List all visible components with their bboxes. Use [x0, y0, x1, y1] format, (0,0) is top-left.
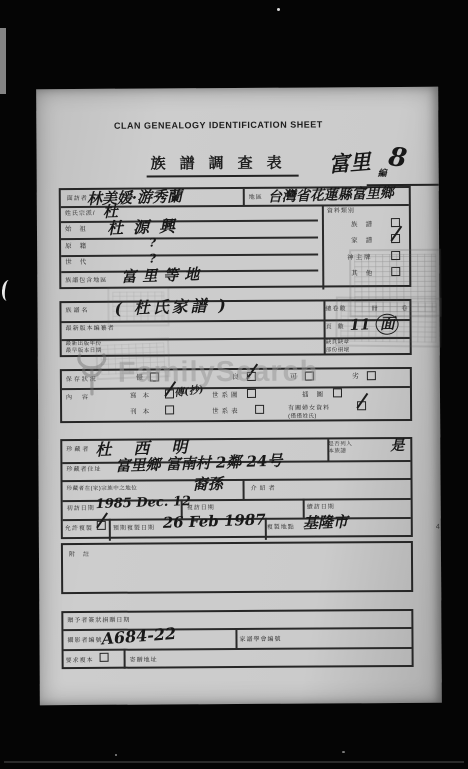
- permission-label: 允許複製: [65, 523, 93, 532]
- listed-label-line2: 本族譜: [328, 446, 346, 454]
- grid-line: [61, 237, 318, 240]
- condition-option-label: 優: [136, 373, 144, 383]
- volume-unit-juan: 卷: [401, 303, 408, 312]
- content-women-label: 有關婦女資料: [288, 402, 330, 411]
- grid-line: [61, 254, 318, 257]
- volumes-label: 總卷數: [325, 303, 346, 312]
- compiler-label: 最新版本編纂者: [66, 323, 115, 332]
- interviewer-label: 面訪者: [67, 193, 88, 202]
- content-women-note: (僅僅姓氏): [288, 412, 317, 420]
- coverage-label: 族譜包含地區: [65, 275, 107, 284]
- content-table-checkbox: [255, 405, 263, 413]
- grid-line: [322, 204, 324, 289]
- content-manuscript-label: 寫本: [130, 391, 155, 400]
- copy-place-label: 複製地點: [267, 522, 295, 531]
- first-visit-value: 1985 Dec. 12: [95, 494, 191, 512]
- condition-option-label: 良: [232, 372, 240, 382]
- grid-line: [243, 189, 245, 205]
- content-chart-label: 世系圖: [212, 390, 241, 399]
- owner-address-label: 珍藏者住址: [66, 464, 101, 473]
- grid-line: [63, 478, 411, 482]
- dust-speck: [277, 8, 280, 11]
- area-label: 地區: [249, 192, 263, 201]
- condition-fair-label: 可: [290, 372, 298, 382]
- genealogy-form-sheet: CLAN GENEALOGY IDENTIFICATION SHEET 族譜調查…: [36, 87, 442, 705]
- archive-place-annotation: 富里: [327, 146, 371, 179]
- category-zupu-checkbox: [391, 218, 399, 226]
- donation-date-label: 贈予者簽狀捐贈日期: [67, 615, 130, 624]
- pages-label: 頁數: [326, 321, 350, 330]
- condition-poor-label: 劣: [352, 371, 360, 381]
- category-option-label: 族譜: [351, 219, 380, 228]
- content-label: 內容: [66, 392, 98, 401]
- grid-line: [109, 519, 111, 541]
- grid-line: [243, 479, 245, 499]
- film-bottom-line: [4, 761, 464, 763]
- content-illustration-label: 插圖: [302, 389, 331, 398]
- category-option-label: 其他: [351, 268, 380, 277]
- interviewer-value: 林美媛·游秀蘭: [86, 185, 182, 209]
- archive-number: 8: [387, 142, 409, 174]
- form-title-underline: [147, 175, 299, 178]
- pages-number: 11: [349, 315, 370, 334]
- content-manuscript-checkbox: [165, 389, 173, 397]
- ancestor-label: 始祖: [65, 224, 94, 233]
- category-jiapu-checkbox: [391, 234, 399, 242]
- book-name-label: 族譜名: [65, 305, 89, 314]
- area-value: 台灣省花蓮縣富里鄉: [267, 182, 394, 206]
- copy-request-checkbox: [100, 653, 108, 661]
- grid-line: [61, 220, 318, 223]
- film-scratch-artifact: [1, 279, 15, 301]
- owner-position-value: 裔孫: [192, 473, 223, 495]
- society-no-label: 家譜學會編號: [239, 634, 281, 643]
- dust-speck: [342, 751, 345, 753]
- content-table-label: 世系表: [212, 406, 241, 415]
- grid-line: [64, 647, 412, 651]
- generations-value: ?: [149, 251, 156, 265]
- first-visit-label: 初訪日期: [67, 503, 95, 512]
- form-title: 族譜調查表: [151, 152, 296, 174]
- content-printed-checkbox: [165, 405, 173, 413]
- owner-position-label: 珍藏者在(家)宗族中之地位: [67, 484, 138, 492]
- category-other-checkbox: [391, 267, 399, 275]
- coverage-value: 富里等地: [121, 263, 206, 287]
- grid-line: [124, 649, 126, 669]
- copy-date-value: 26 Feb 1987: [163, 510, 266, 531]
- category-option-label: 神主牌: [347, 252, 373, 261]
- copy-date-label: 預期複製日期: [113, 523, 155, 532]
- header-title-en: CLAN GENEALOGY IDENTIFICATION SHEET: [68, 119, 368, 131]
- category-option-label: 家譜: [351, 235, 380, 244]
- pages-unit: 面: [375, 313, 399, 335]
- origin-label: 原籍: [65, 241, 94, 250]
- surname-label: 姓氏宗派/: [65, 208, 96, 217]
- pages-value: 11 面: [349, 312, 399, 335]
- archive-no-label: 編: [377, 166, 386, 179]
- category-tablet-checkbox: [391, 251, 399, 259]
- content-chart-checkbox: [247, 389, 255, 397]
- ancestor-value: 杜源興: [107, 213, 186, 239]
- grid-line: [62, 337, 410, 341]
- edition-label-line2: 最早版本日期: [66, 346, 102, 354]
- owner-label: 珍藏者: [66, 444, 90, 453]
- copy-place-value: 基隆市: [302, 511, 348, 533]
- copy-request-label: 要求複本: [66, 655, 94, 664]
- volume-unit-ce: 冊: [371, 303, 378, 312]
- generations-label: 世代: [65, 257, 94, 266]
- missing-label-line2: 部份損壞: [326, 345, 350, 353]
- content-women-checkbox: [357, 401, 365, 409]
- film-edge-artifact: [0, 28, 6, 94]
- grid-line: [235, 628, 237, 648]
- send-address-label: 寄贈地址: [130, 655, 158, 664]
- condition-poor-checkbox: [367, 371, 375, 379]
- book-name-value: ( 杜氏家譜 ): [114, 293, 229, 320]
- revisit-label: 複訪日期: [187, 502, 215, 511]
- category-label: 資料類別: [327, 205, 355, 214]
- listed-value: 是: [390, 435, 405, 455]
- condition-fair-checkbox: [305, 372, 313, 380]
- photographer-no-label: 攝影者編號: [67, 635, 102, 644]
- condition-label: 保存狀況: [66, 374, 98, 383]
- introducer-label: 介紹者: [251, 483, 278, 492]
- missing-label-line1: 缺頁缺章: [326, 337, 350, 345]
- content-printed-label: 刊本: [130, 407, 155, 416]
- origin-value: ?: [149, 235, 156, 249]
- page-mark: 4: [436, 524, 441, 531]
- dust-speck: [115, 754, 117, 756]
- condition-good-checkbox: [247, 372, 255, 380]
- content-illustration-checkbox: [333, 388, 341, 396]
- condition-excellent-checkbox: [150, 372, 158, 380]
- notes-label: 附註: [69, 549, 97, 558]
- followup-label: 續訪日期: [307, 501, 335, 510]
- permission-checkbox: [97, 521, 105, 529]
- notes-table: [61, 541, 413, 594]
- scanned-microfilm-frame: { "page": {"watermark": "FamilySearch", …: [0, 0, 468, 769]
